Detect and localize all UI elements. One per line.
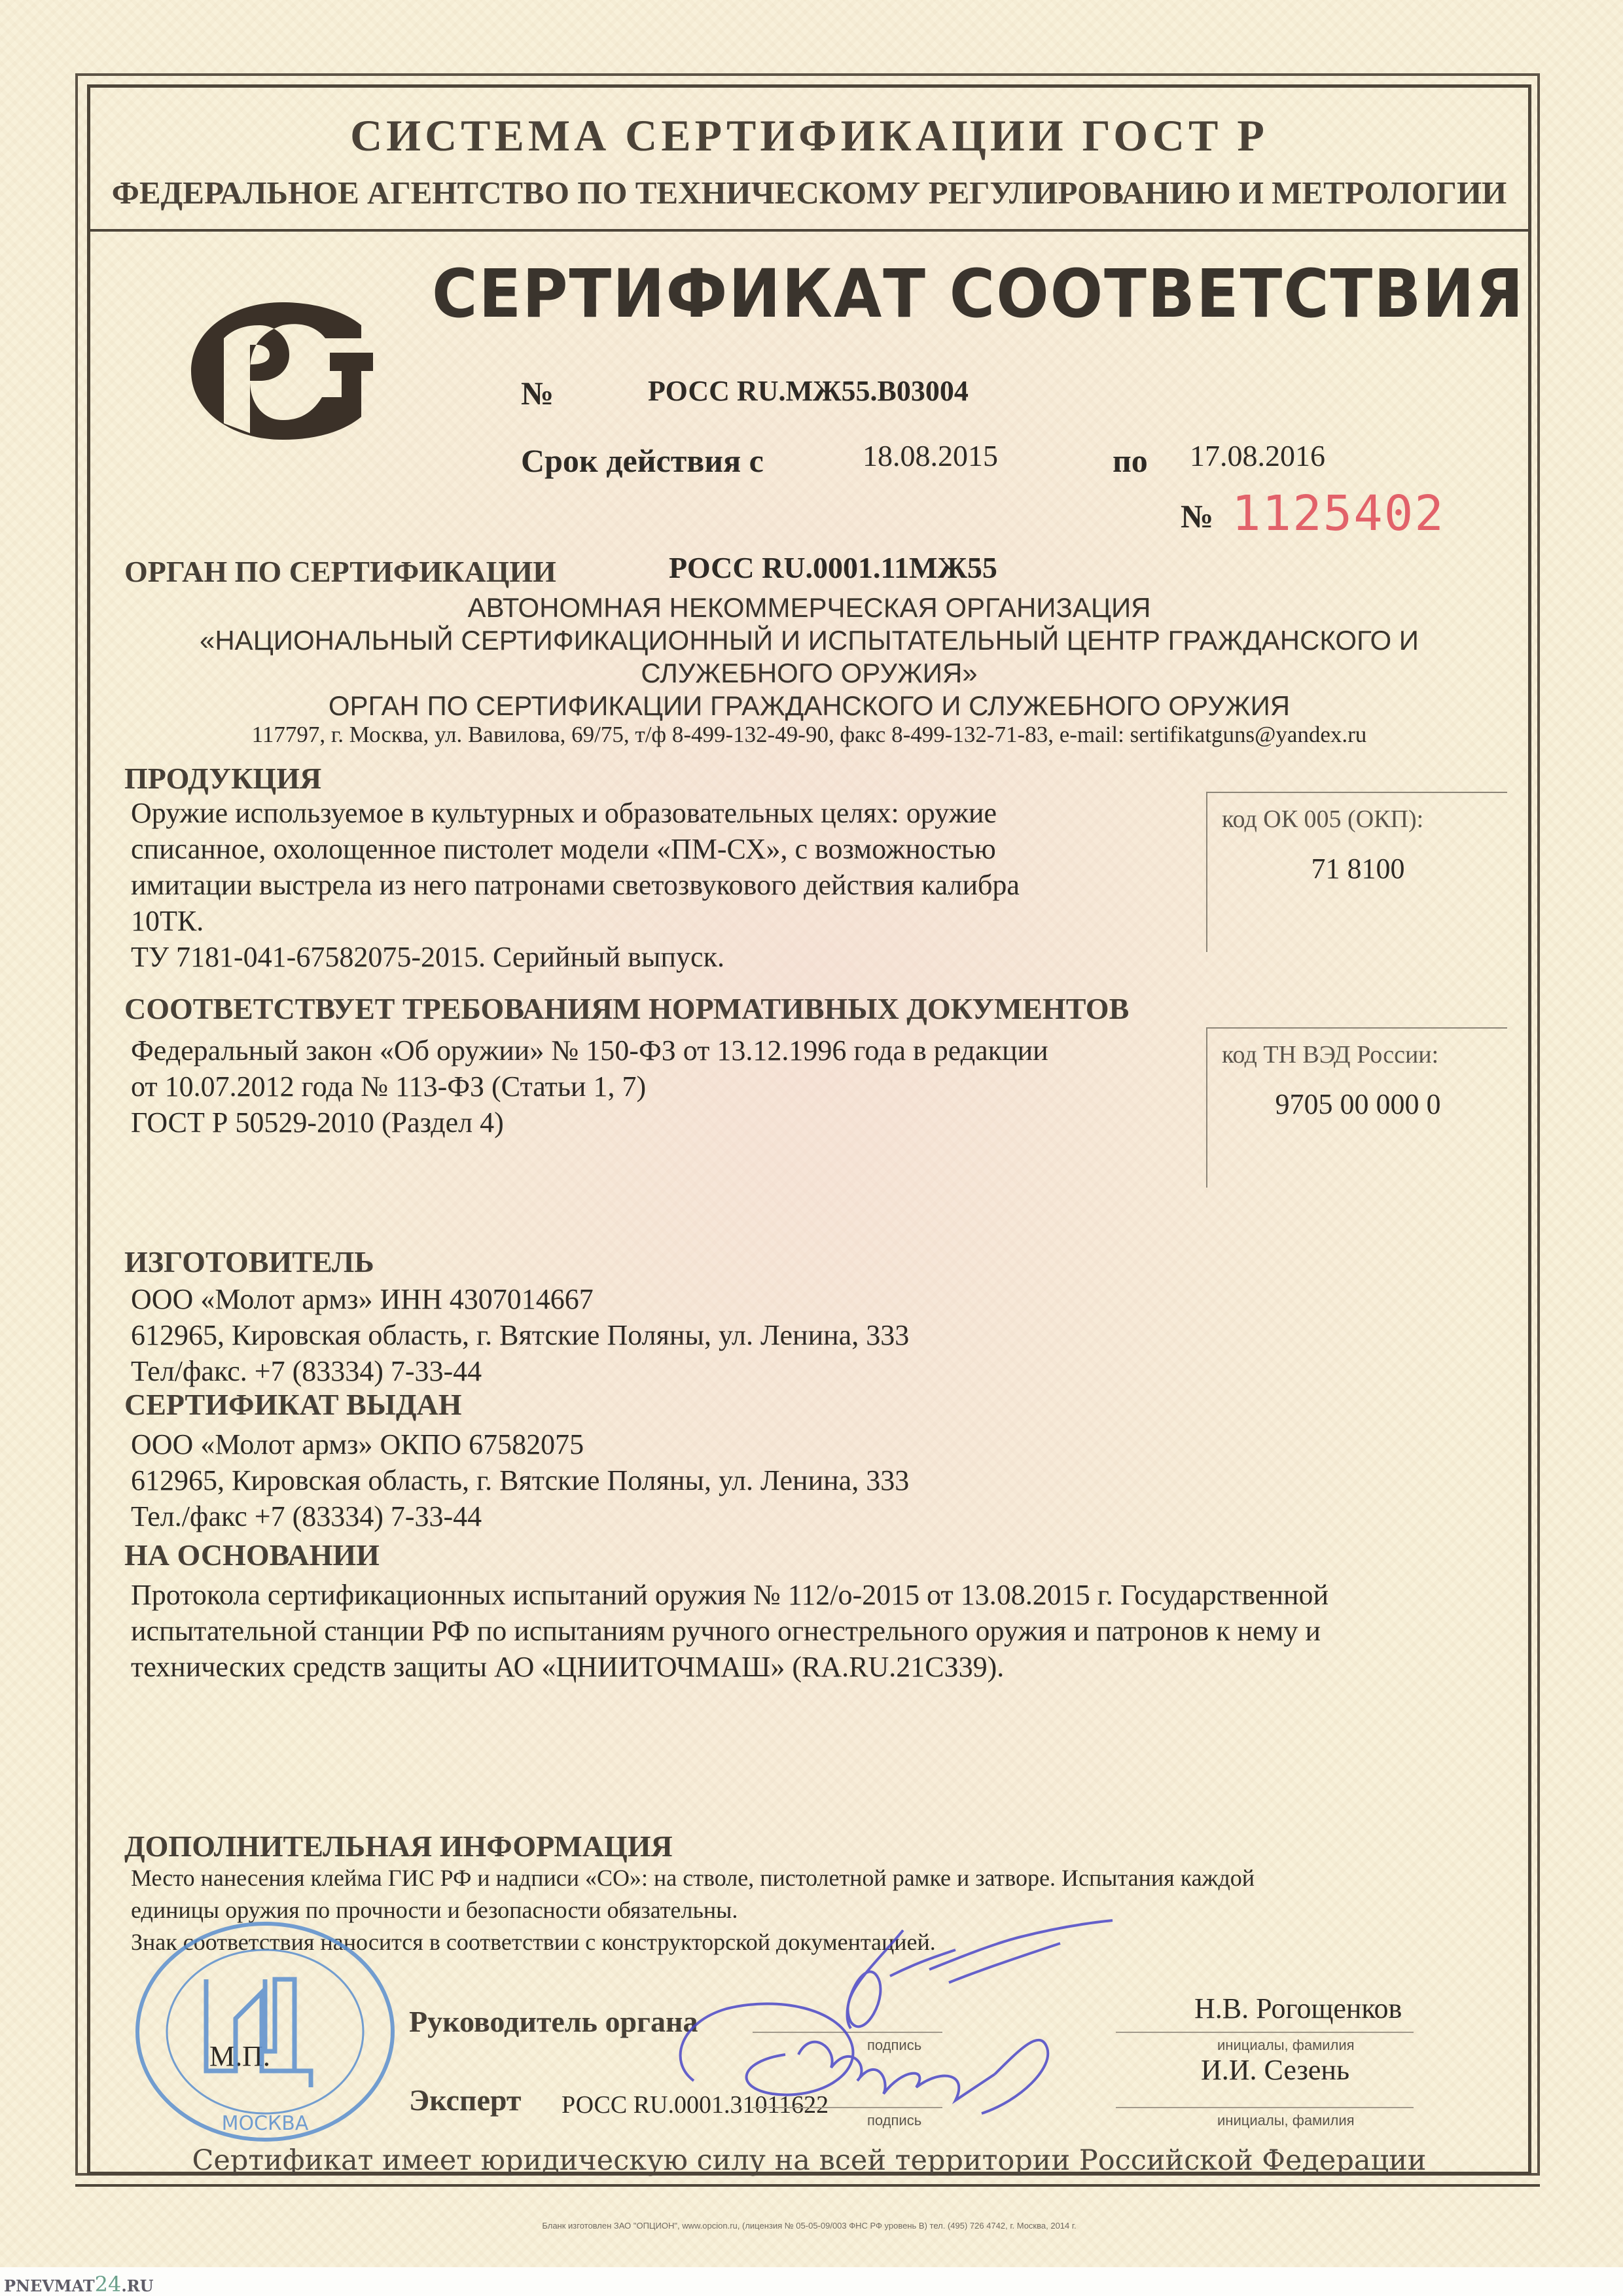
tnved-code-value: 9705 00 000 0 (1207, 1087, 1508, 1121)
okp-code-label: код ОК 005 (ОКП): (1222, 805, 1423, 834)
product-line: ТУ 7181-041-67582075-2015. Серийный выпу… (131, 939, 724, 975)
printer-note: Бланк изготовлен ЗАО "ОПЦИОН", www.opcio… (87, 2221, 1531, 2231)
manufacturer-label: ИЗГОТОВИТЕЛЬ (124, 1245, 374, 1279)
product-line: имитации выстрела из него патронами свет… (131, 867, 1020, 903)
valid-from-date: 18.08.2015 (863, 438, 998, 473)
document-title: СЕРТИФИКАТ СООТВЕТСТВИЯ (432, 255, 1524, 333)
head-name-caption: инициалы, фамилия (1217, 2037, 1355, 2054)
additional-info-label: ДОПОЛНИТЕЛЬНАЯ ИНФОРМАЦИЯ (124, 1829, 673, 1863)
validity-note: Сертификат имеет юридическую силу на все… (87, 2144, 1531, 2177)
conformity-line: Федеральный закон «Об оружии» № 150-ФЗ о… (131, 1033, 1048, 1069)
valid-to-label: по (1113, 442, 1148, 480)
tnved-code-label: код ТН ВЭД России: (1222, 1040, 1438, 1069)
conformity-line: ГОСТ Р 50529-2010 (Раздел 4) (131, 1104, 504, 1140)
tnved-code-box: код ТН ВЭД России: 9705 00 000 0 (1206, 1027, 1507, 1188)
basis-line: технических средств защиты АО «ЦНИИТОЧМА… (131, 1649, 1004, 1685)
expert-name-caption: инициалы, фамилия (1217, 2112, 1355, 2129)
certificate-sheet: СИСТЕМА СЕРТИФИКАЦИИ ГОСТ Р ФЕДЕРАЛЬНОЕ … (0, 0, 1623, 2267)
agency-name: ФЕДЕРАЛЬНОЕ АГЕНТСТВО ПО ТЕХНИЧЕСКОМУ РЕ… (87, 174, 1531, 211)
org-line: АВТОНОМНАЯ НЕКОММЕРЧЕСКАЯ ОРГАНИЗАЦИЯ (87, 592, 1531, 624)
serial-number: 1125402 (1232, 486, 1445, 542)
issued-to-line: ООО «Молот армз» ОКПО 67582075 (131, 1426, 584, 1462)
additional-line: Место нанесения клейма ГИС РФ и надписи … (131, 1863, 1255, 1893)
stamp-city: МОСКВА (222, 2112, 309, 2135)
head-name: Н.В. Рогощенков (1194, 1992, 1402, 2025)
watermark-suffix: .RU (121, 2276, 153, 2295)
manufacturer-line: Тел/факс. +7 (83334) 7-33-44 (131, 1353, 482, 1389)
header-divider (87, 229, 1531, 232)
issued-to-label: СЕРТИФИКАТ ВЫДАН (124, 1387, 462, 1422)
organization-stamp-icon: МОСКВА (128, 1920, 435, 2149)
okp-code-box: код ОК 005 (ОКП): 71 8100 (1206, 792, 1507, 952)
product-line: списанное, охолощенное пистолет модели «… (131, 831, 996, 867)
watermark-number: 24 (95, 2272, 122, 2296)
certification-body-label: ОРГАН ПО СЕРТИФИКАЦИИ (124, 554, 556, 589)
product-label: ПРОДУКЦИЯ (124, 761, 321, 796)
issued-to-line: 612965, Кировская область, г. Вятские По… (131, 1462, 909, 1498)
basis-label: НА ОСНОВАНИИ (124, 1538, 380, 1572)
manufacturer-line: 612965, Кировская область, г. Вятские По… (131, 1317, 909, 1353)
basis-line: испытательной станции РФ по испытаниям р… (131, 1613, 1321, 1649)
certification-body-code: РОСС RU.0001.11МЖ55 (669, 550, 997, 585)
watermark-prefix: PNEVMAT (4, 2276, 95, 2295)
serial-label: № (1181, 497, 1213, 535)
expert-name: И.И. Сезень (1201, 2053, 1349, 2087)
org-line: ОРГАН ПО СЕРТИФИКАЦИИ ГРАЖДАНСКОГО И СЛУ… (87, 690, 1531, 722)
basis-line: Протокола сертификационных испытаний ору… (131, 1577, 1329, 1613)
org-address: 117797, г. Москва, ул. Вавилова, 69/75, … (87, 722, 1531, 748)
issued-to-line: Тел./факс +7 (83334) 7-33-44 (131, 1498, 482, 1534)
handwritten-signatures-icon (654, 1917, 1178, 2133)
product-line: Оружие используемое в культурных и образ… (131, 795, 997, 831)
number-label: № (521, 374, 554, 412)
manufacturer-line: ООО «Молот армз» ИНН 4307014667 (131, 1281, 594, 1317)
bottom-rule (75, 2184, 1540, 2187)
validity-label: Срок действия с (521, 442, 764, 480)
org-line: «НАЦИОНАЛЬНЫЙ СЕРТИФИКАЦИОННЫЙ И ИСПЫТАТ… (87, 625, 1531, 656)
valid-to-date: 17.08.2016 (1190, 438, 1325, 473)
org-line: СЛУЖЕБНОГО ОРУЖИЯ» (87, 658, 1531, 689)
okp-code-value: 71 8100 (1207, 852, 1508, 885)
rst-conformity-mark-icon (185, 299, 381, 443)
conformity-line: от 10.07.2012 года № 113-ФЗ (Статьи 1, 7… (131, 1069, 646, 1104)
system-title: СИСТЕМА СЕРТИФИКАЦИИ ГОСТ Р (87, 110, 1531, 162)
product-line: 10ТК. (131, 903, 204, 939)
certificate-number: РОСС RU.МЖ55.В03004 (648, 374, 969, 408)
conformity-label: СООТВЕТСТВУЕТ ТРЕБОВАНИЯМ НОРМАТИВНЫХ ДО… (124, 991, 1129, 1026)
site-watermark: PNEVMAT24.RU (4, 2272, 154, 2296)
